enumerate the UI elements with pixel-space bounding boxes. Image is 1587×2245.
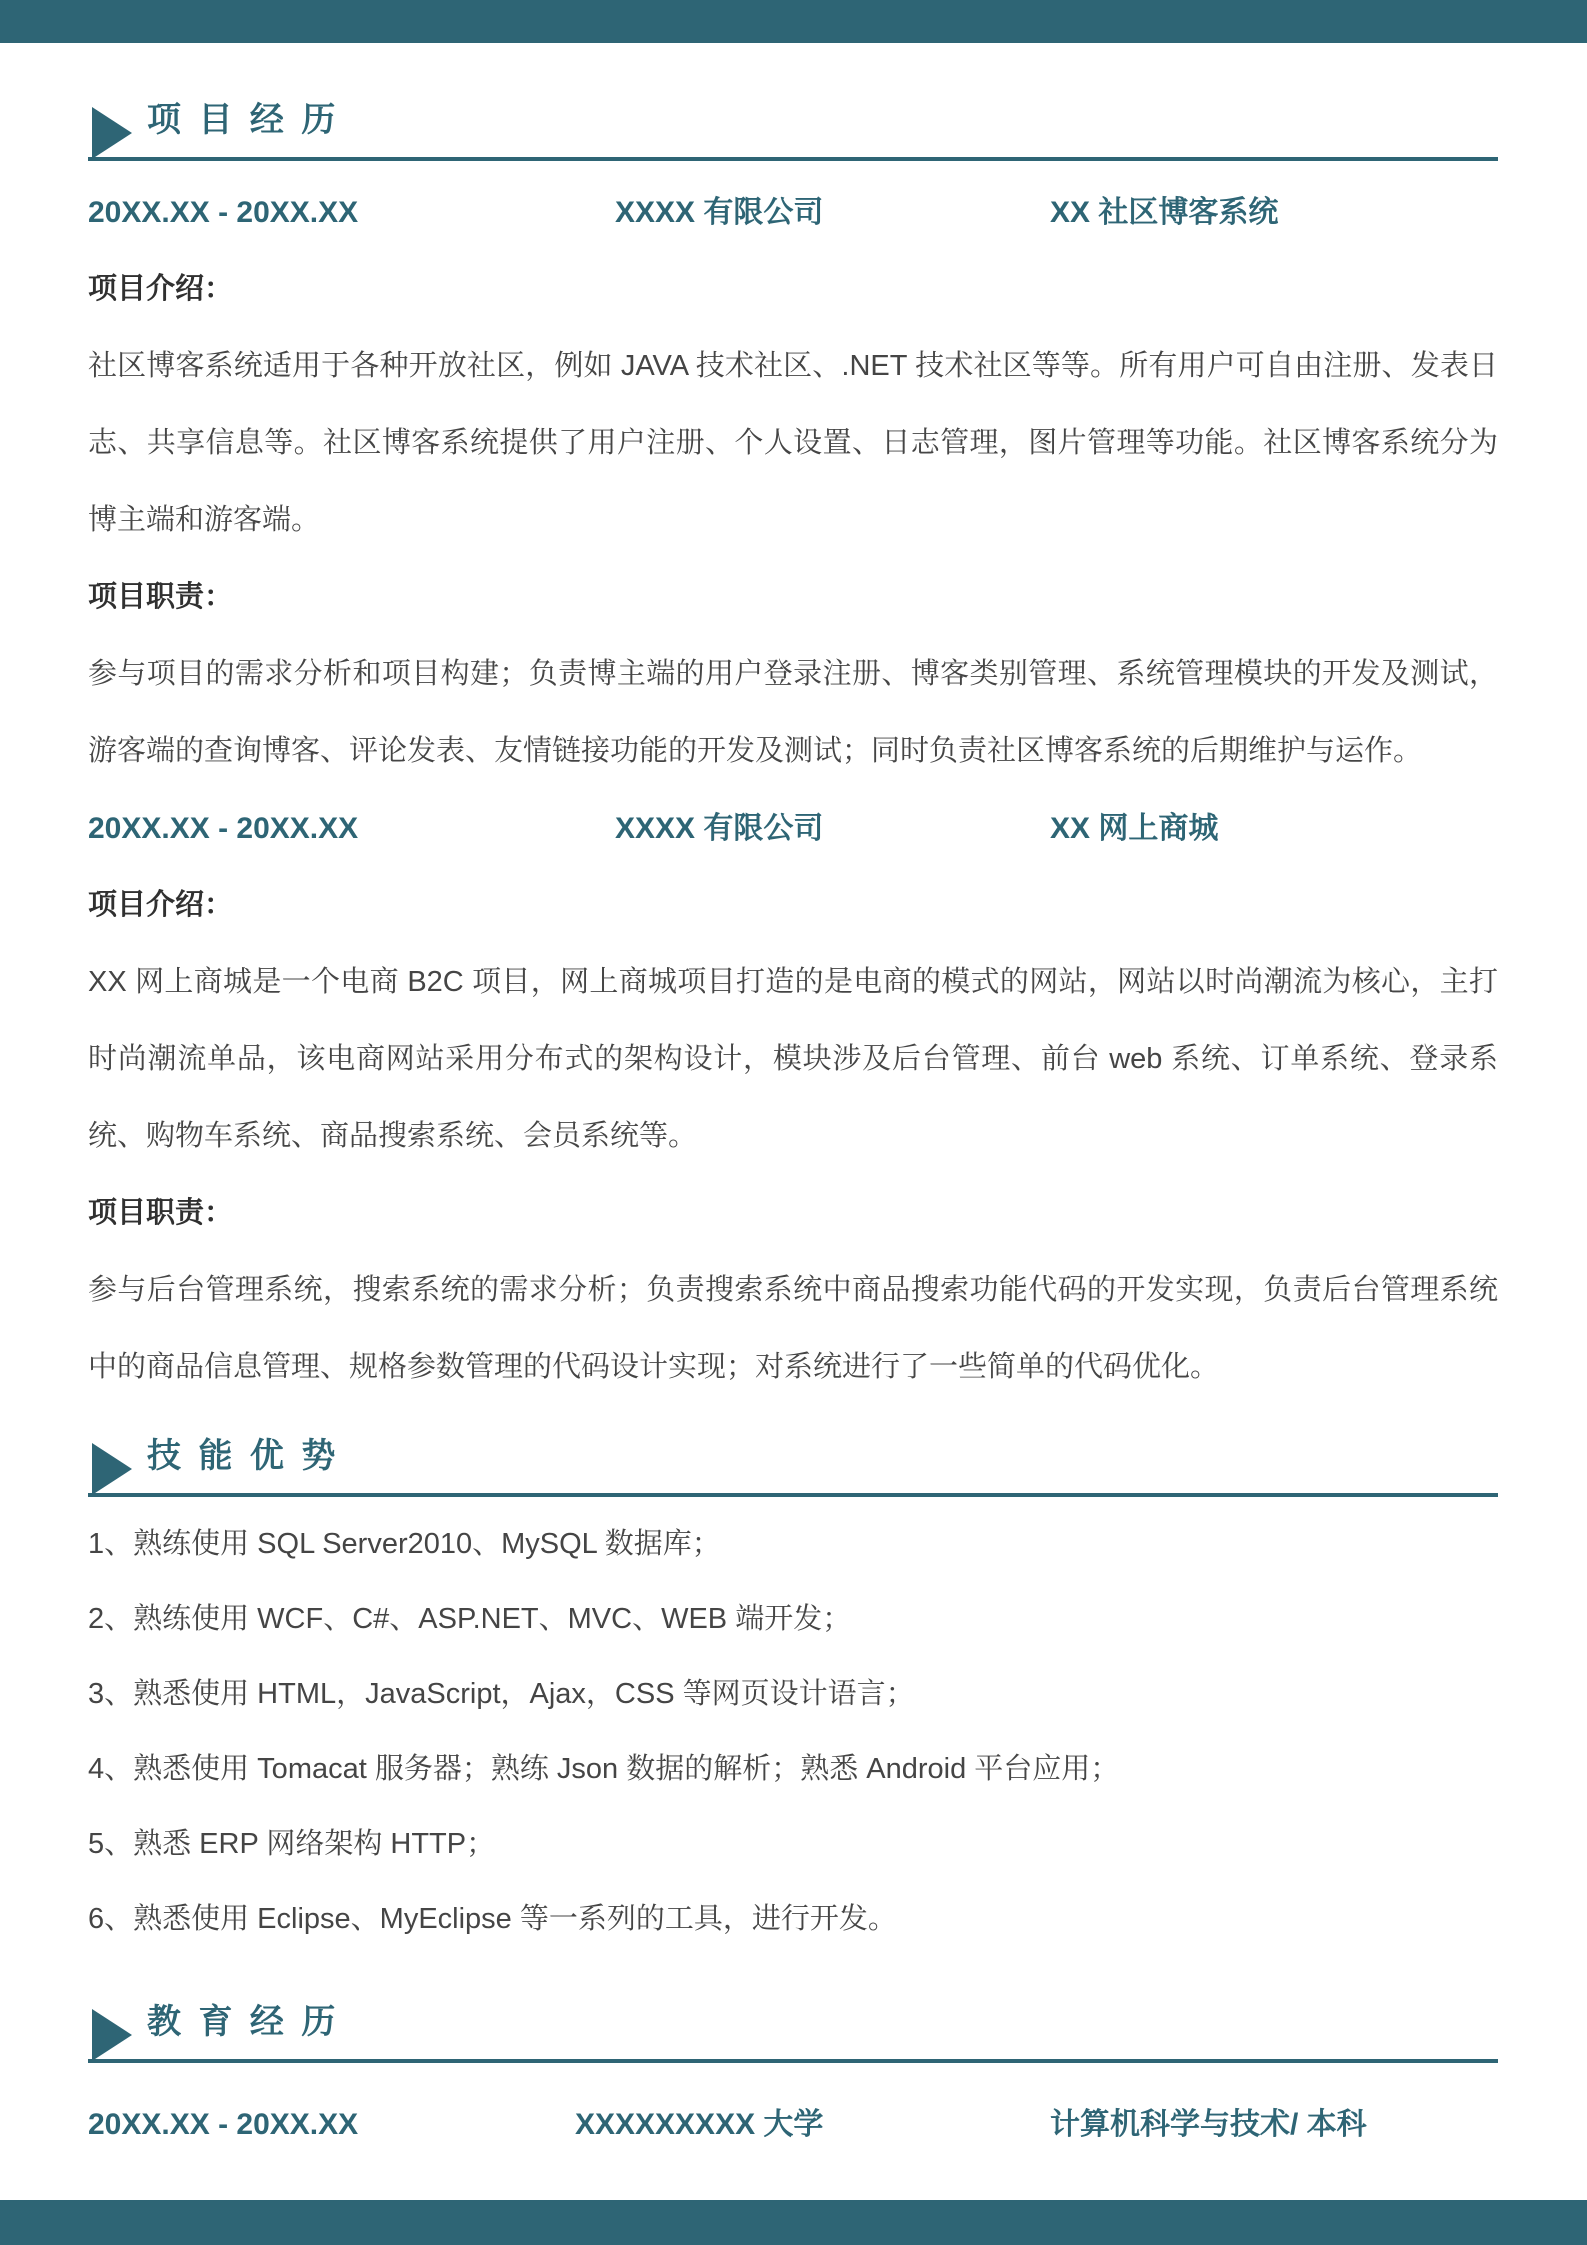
section-header-projects: 项 目 经 历: [88, 95, 1498, 161]
section-arrow-icon: [92, 1443, 132, 1495]
project-duty-line: 参与项目的需求分析和项目构建；负责博主端的用户登录注册、博客类别管理、系统管理模…: [88, 636, 1498, 713]
section-header-skills: 技 能 优 势: [88, 1431, 1498, 1497]
project-duty-label: 项目职责：: [88, 1175, 1498, 1252]
section-title-skills: 技 能 优 势: [147, 1431, 1498, 1481]
project-intro-line: 时尚潮流单品，该电商网站采用分布式的架构设计，模块涉及后台管理、前台 web 系…: [88, 1021, 1498, 1098]
project-period: 20XX.XX - 20XX.XX: [88, 790, 358, 867]
skill-item: 4、熟悉使用 Tomacat 服务器；熟练 Json 数据的解析；熟悉 Andr…: [88, 1732, 1498, 1807]
skill-item: 3、熟悉使用 HTML，JavaScript，Ajax，CSS 等网页设计语言；: [88, 1657, 1498, 1732]
project-meta-row: 20XX.XX - 20XX.XX XXXX 有限公司 XX 社区博客系统: [88, 174, 1498, 251]
project-intro-line: 社区博客系统适用于各种开放社区，例如 JAVA 技术社区、.NET 技术社区等等…: [88, 328, 1498, 405]
project-name: XX 社区博客系统: [1050, 174, 1278, 251]
project-intro-line: 博主端和游客端。: [88, 482, 1498, 559]
section-header-education: 教 育 经 历: [88, 1997, 1498, 2063]
section-title-education: 教 育 经 历: [147, 1997, 1498, 2047]
section-arrow-icon: [92, 2009, 132, 2061]
skill-item: 1、熟练使用 SQL Server2010、MySQL 数据库；: [88, 1507, 1498, 1582]
education-school: XXXXXXXXX 大学: [575, 2086, 823, 2163]
project-meta-row: 20XX.XX - 20XX.XX XXXX 有限公司 XX 网上商城: [88, 790, 1498, 867]
project-duty-line: 中的商品信息管理、规格参数管理的代码设计实现；对系统进行了一些简单的代码优化。: [88, 1329, 1498, 1406]
skill-item: 2、熟练使用 WCF、C#、ASP.NET、MVC、WEB 端开发；: [88, 1582, 1498, 1657]
resume-page: 项 目 经 历 20XX.XX - 20XX.XX XXXX 有限公司 XX 社…: [0, 0, 1587, 2245]
skills-list: 1、熟练使用 SQL Server2010、MySQL 数据库； 2、熟练使用 …: [88, 1507, 1498, 1957]
project-name: XX 网上商城: [1050, 790, 1218, 867]
skill-item: 6、熟悉使用 Eclipse、MyEclipse 等一系列的工具，进行开发。: [88, 1882, 1498, 1957]
top-accent-band: [0, 0, 1587, 43]
project-intro-line: 统、购物车系统、商品搜索系统、会员系统等。: [88, 1098, 1498, 1175]
project-intro-label: 项目介绍：: [88, 867, 1498, 944]
project-period: 20XX.XX - 20XX.XX: [88, 174, 358, 251]
section-arrow-icon: [92, 107, 132, 159]
project-duty-label: 项目职责：: [88, 559, 1498, 636]
project-intro-label: 项目介绍：: [88, 251, 1498, 328]
education-meta-row: 20XX.XX - 20XX.XX XXXXXXXXX 大学 计算机科学与技术/…: [88, 2086, 1498, 2163]
resume-content: 项 目 经 历 20XX.XX - 20XX.XX XXXX 有限公司 XX 社…: [88, 43, 1498, 2163]
project-company: XXXX 有限公司: [615, 790, 823, 867]
project-intro-line: XX 网上商城是一个电商 B2C 项目，网上商城项目打造的是电商的模式的网站，网…: [88, 944, 1498, 1021]
project-company: XXXX 有限公司: [615, 174, 823, 251]
education-period: 20XX.XX - 20XX.XX: [88, 2086, 358, 2163]
project-duty-line: 游客端的查询博客、评论发表、友情链接功能的开发及测试；同时负责社区博客系统的后期…: [88, 713, 1498, 790]
project-intro-line: 志、共享信息等。社区博客系统提供了用户注册、个人设置、日志管理，图片管理等功能。…: [88, 405, 1498, 482]
education-major-degree: 计算机科学与技术/ 本科: [1050, 2086, 1367, 2163]
project-duty-line: 参与后台管理系统，搜索系统的需求分析；负责搜索系统中商品搜索功能代码的开发实现，…: [88, 1252, 1498, 1329]
section-title-projects: 项 目 经 历: [147, 95, 1498, 145]
skill-item: 5、熟悉 ERP 网络架构 HTTP；: [88, 1807, 1498, 1882]
bottom-accent-band: [0, 2200, 1587, 2245]
